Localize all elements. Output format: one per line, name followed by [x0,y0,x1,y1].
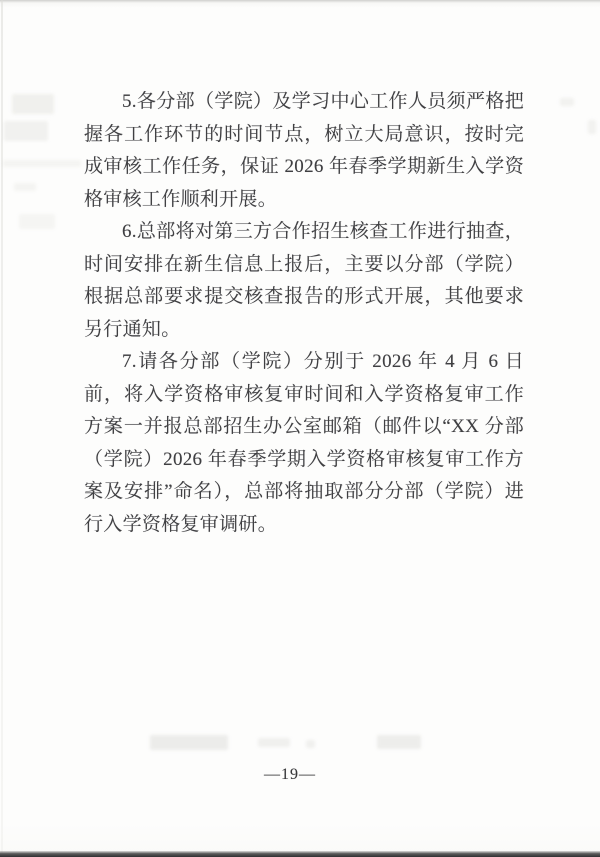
scan-edge-top [0,0,600,3]
bleed-through-artifact [14,183,36,191]
bleed-through-artifact [377,735,421,749]
bleed-through-artifact [258,738,290,747]
bleed-through-artifact [588,120,596,134]
paragraph-item-6: 6.总部将对第三方合作招生核查工作进行抽查，时间安排在新生信息上报后，主要以分部… [84,216,524,346]
scan-edge-bottom [0,851,600,857]
bleed-through-artifact [12,94,54,114]
bleed-through-artifact [4,121,48,141]
bleed-through-artifact [306,740,315,748]
document-body: 5.各分部（学院）及学习中心工作人员须严格把握各工作环节的时间节点，树立大局意识… [84,86,524,541]
bleed-through-artifact [150,735,228,750]
paragraph-item-5: 5.各分部（学院）及学习中心工作人员须严格把握各工作环节的时间节点，树立大局意识… [84,86,524,216]
bleed-through-artifact [3,160,81,167]
scan-edge-left [1,0,3,857]
paragraph-item-7: 7.请各分部（学院）分别于 2026 年 4 月 6 日前，将入学资格审核复审时… [84,346,524,541]
page-number: —19— [0,766,580,784]
bleed-through-artifact [19,214,55,229]
bleed-through-artifact [560,98,574,106]
scanned-document-page: 5.各分部（学院）及学习中心工作人员须严格把握各工作环节的时间节点，树立大局意识… [0,0,600,857]
